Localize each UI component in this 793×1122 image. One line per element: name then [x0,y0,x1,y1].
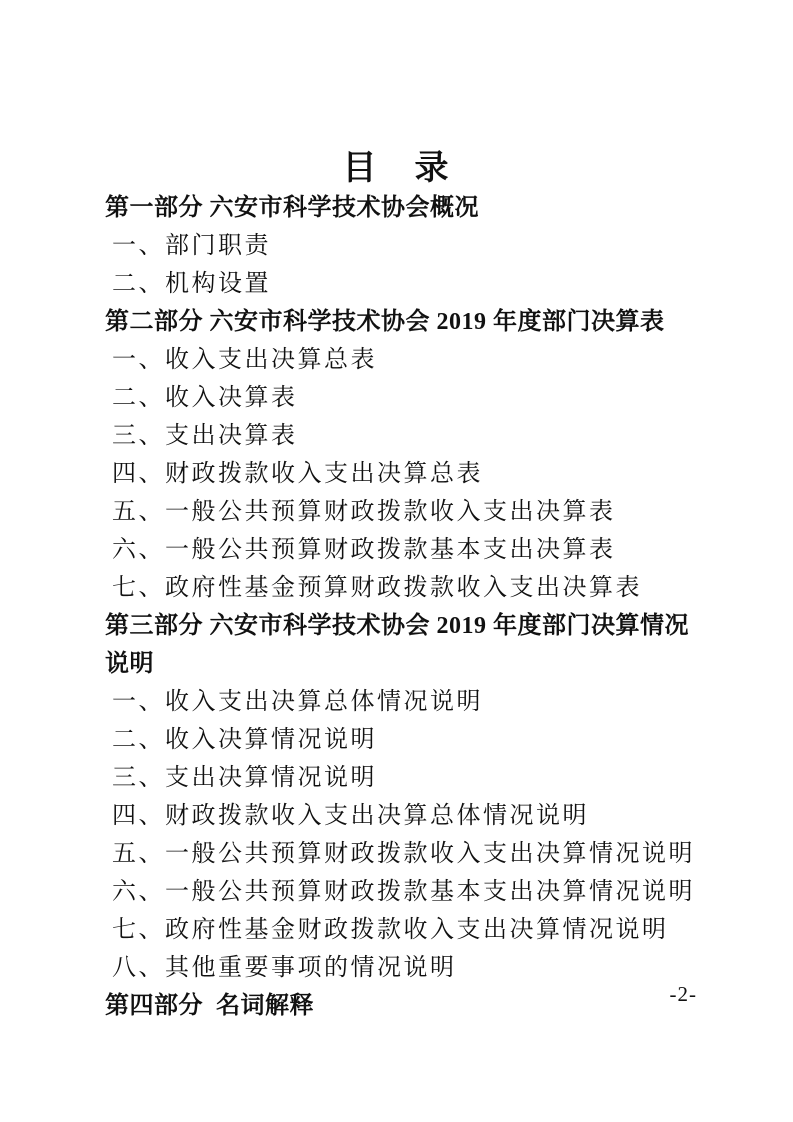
toc-list: 第一部分 六安市科学技术协会概况一、部门职责二、机构设置第二部分 六安市科学技术… [105,189,706,1025]
toc-item: 五、一般公共预算财政拨款收入支出决算情况说明 [105,835,706,873]
toc-item: 一、收入支出决算总表 [105,341,706,379]
toc-item: 四、财政拨款收入支出决算总体情况说明 [105,797,706,835]
toc-item: 一、部门职责 [105,227,706,265]
toc-section-heading: 第三部分 六安市科学技术协会 2019 年度部门决算情况说明 [105,607,706,683]
toc-section-heading: 第二部分 六安市科学技术协会 2019 年度部门决算表 [105,303,706,341]
toc-item: 六、一般公共预算财政拨款基本支出决算表 [105,531,706,569]
page-title: 目 录 [0,140,793,189]
toc-item: 七、政府性基金财政拨款收入支出决算情况说明 [105,911,706,949]
toc-section-heading: 第一部分 六安市科学技术协会概况 [105,189,706,227]
toc-item: 一、收入支出决算总体情况说明 [105,683,706,721]
toc-item: 三、支出决算表 [105,417,706,455]
document-page: 目 录 第一部分 六安市科学技术协会概况一、部门职责二、机构设置第二部分 六安市… [0,0,793,1122]
toc-item: 五、一般公共预算财政拨款收入支出决算表 [105,493,706,531]
toc-item: 二、机构设置 [105,265,706,303]
toc-item: 二、收入决算表 [105,379,706,417]
toc-item: 三、支出决算情况说明 [105,759,706,797]
toc-item: 四、财政拨款收入支出决算总表 [105,455,706,493]
page-number: -2- [670,982,698,1007]
toc-item: 六、一般公共预算财政拨款基本支出决算情况说明 [105,873,706,911]
toc-item: 二、收入决算情况说明 [105,721,706,759]
toc-item: 七、政府性基金预算财政拨款收入支出决算表 [105,569,706,607]
toc-section-heading: 第四部分 名词解释 [105,987,706,1025]
toc-item: 八、其他重要事项的情况说明 [105,949,706,987]
